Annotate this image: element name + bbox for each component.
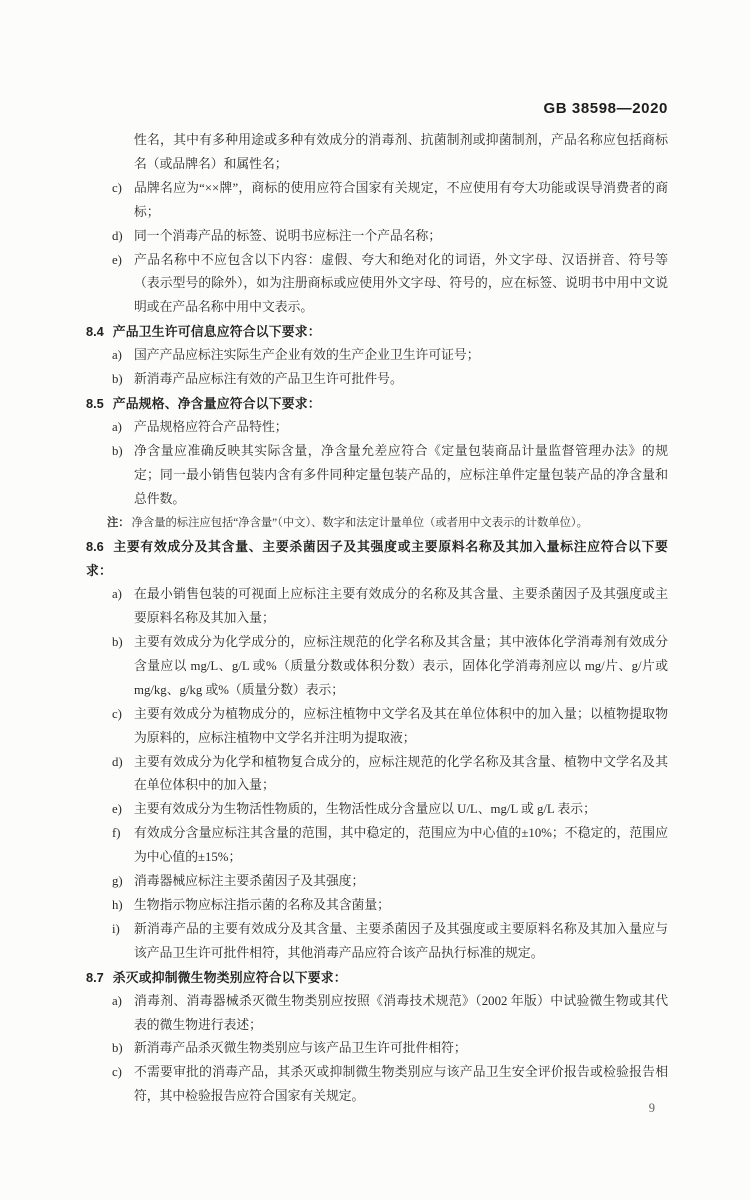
clause-title: 产品规格、净含量应符合以下要求： xyxy=(113,396,321,411)
list-item-text: 主要有效成分为生物活性物质的，生物活性成分含量应以 U/L、mg/L 或 g/L… xyxy=(134,798,668,822)
list-item-label: a) xyxy=(112,990,134,1038)
list-item-label: e) xyxy=(112,249,134,321)
document-page: GB 38598—2020 性名，其中有多种用途或多种有效成分的消毒剂、抗菌制剂… xyxy=(0,0,750,1200)
list-item-c: c)不需要审批的消毒产品，其杀灭或抑制微生物类别应与该产品卫生安全评价报告或检验… xyxy=(112,1061,668,1109)
list-item-label: a) xyxy=(112,416,134,440)
list-item-i: i)新消毒产品的主要有效成分及其含量、主要杀菌因子及其强度或主要原料名称及其加入… xyxy=(112,918,668,966)
list-item-label: d) xyxy=(112,751,134,799)
list-item-g: g)消毒器械应标注主要杀菌因子及其强度； xyxy=(112,870,668,894)
list-item-d: d)主要有效成分为化学和植物复合成分的，应标注规范的化学名称及其含量、植物中文学… xyxy=(112,751,668,799)
note-label: 注： xyxy=(107,517,130,529)
list-item-label: e) xyxy=(112,798,134,822)
list-item-text: 新消毒产品杀灭微生物类别应与该产品卫生许可批件相符； xyxy=(134,1037,668,1061)
clause-title: 主要有效成分及其含量、主要杀菌因子及其强度或主要原料名称及其加入量标注应符合以下… xyxy=(86,539,668,578)
clause-number: 8.7 xyxy=(86,966,104,990)
list-item-label: b) xyxy=(112,368,134,392)
clause-8.6: 8.6主要有效成分及其含量、主要杀菌因子及其强度或主要原料名称及其加入量标注应符… xyxy=(86,535,668,583)
clause-8.5: 8.5产品规格、净含量应符合以下要求： xyxy=(86,392,668,416)
list-item-f: f)有效成分含量应标注其含量的范围，其中稳定的，范围应为中心值的±10%；不稳定… xyxy=(112,822,668,870)
list-item-text: 品牌名应为“××牌”，商标的使用应符合国家有关规定，不应使用有夸大功能或误导消费… xyxy=(134,177,668,225)
clause-title: 产品卫生许可信息应符合以下要求： xyxy=(113,324,321,339)
list-item-text: 生物指示物应标注指示菌的名称及其含菌量； xyxy=(134,894,668,918)
list-item-text: 产品规格应符合产品特性； xyxy=(134,416,668,440)
list-item-text: 消毒剂、消毒器械杀灭微生物类别应按照《消毒技术规范》（2002 年版）中试验微生… xyxy=(134,990,668,1038)
clause-number: 8.5 xyxy=(86,392,104,416)
list-item-a: a)国产产品应标注实际生产企业有效的生产企业卫生许可证号； xyxy=(112,344,668,368)
list-item-e: e)主要有效成分为生物活性物质的，生物活性成分含量应以 U/L、mg/L 或 g… xyxy=(112,798,668,822)
list-item-d: d)同一个消毒产品的标签、说明书应标注一个产品名称； xyxy=(112,225,668,249)
list-item-label: b) xyxy=(112,631,134,703)
page-number: 9 xyxy=(649,1101,655,1116)
clause-number: 8.6 xyxy=(86,535,104,559)
list-item-b: b)净含量应准确反映其实际含量，净含量允差应符合《定量包装商品计量监督管理办法》… xyxy=(112,440,668,512)
clause-number: 8.4 xyxy=(86,320,104,344)
list-item-c: c)品牌名应为“××牌”，商标的使用应符合国家有关规定，不应使用有夸大功能或误导… xyxy=(112,177,668,225)
list-item-b: b)主要有效成分为化学成分的，应标注规范的化学名称及其含量；其中液体化学消毒剂有… xyxy=(112,631,668,703)
list-item-text: 产品名称中不应包含以下内容：虚假、夸大和绝对化的词语，外文字母、汉语拼音、符号等… xyxy=(134,249,668,321)
clause-8.7: 8.7杀灭或抑制微生物类别应符合以下要求： xyxy=(86,966,668,990)
clause-title: 杀灭或抑制微生物类别应符合以下要求： xyxy=(113,970,347,985)
list-item-a: a)消毒剂、消毒器械杀灭微生物类别应按照《消毒技术规范》（2002 年版）中试验… xyxy=(112,990,668,1038)
list-item-b: b)新消毒产品应标注有效的产品卫生许可批件号。 xyxy=(112,368,668,392)
list-item-label: a) xyxy=(112,344,134,368)
list-item-text: 消毒器械应标注主要杀菌因子及其强度； xyxy=(134,870,668,894)
list-item-text: 主要有效成分为化学和植物复合成分的，应标注规范的化学名称及其含量、植物中文学名及… xyxy=(134,751,668,799)
list-item-label: d) xyxy=(112,225,134,249)
list-item-label: h) xyxy=(112,894,134,918)
list-item-label: g) xyxy=(112,870,134,894)
list-item-label: c) xyxy=(112,1061,134,1109)
list-item-text: 不需要审批的消毒产品，其杀灭或抑制微生物类别应与该产品卫生安全评价报告或检验报告… xyxy=(134,1061,668,1109)
note-text: 净含量的标注应包括“净含量”（中文）、数字和法定计量单位（或者用中文表示的计数单… xyxy=(132,517,588,529)
list-item-text: 新消毒产品的主要有效成分及其含量、主要杀菌因子及其强度或主要原料名称及其加入量应… xyxy=(134,918,668,966)
list-item-text: 国产产品应标注实际生产企业有效的生产企业卫生许可证号； xyxy=(134,344,668,368)
list-item-c: c)主要有效成分为植物成分的，应标注植物中文学名及其在单位体积中的加入量；以植物… xyxy=(112,703,668,751)
list-item-label: b) xyxy=(112,440,134,512)
list-item-text: 净含量应准确反映其实际含量，净含量允差应符合《定量包装商品计量监督管理办法》的规… xyxy=(134,440,668,512)
document-body: 性名，其中有多种用途或多种有效成分的消毒剂、抗菌制剂或抑菌制剂，产品名称应包括商… xyxy=(86,129,668,1109)
standard-number: GB 38598—2020 xyxy=(543,100,668,117)
list-item-h: h)生物指示物应标注指示菌的名称及其含菌量； xyxy=(112,894,668,918)
list-item-text: 新消毒产品应标注有效的产品卫生许可批件号。 xyxy=(134,368,668,392)
list-item-label: c) xyxy=(112,177,134,225)
list-item-label: a) xyxy=(112,583,134,631)
list-item-text: 同一个消毒产品的标签、说明书应标注一个产品名称； xyxy=(134,225,668,249)
list-item-label: f) xyxy=(112,822,134,870)
clause-8.4: 8.4产品卫生许可信息应符合以下要求： xyxy=(86,320,668,344)
list-item-e: e)产品名称中不应包含以下内容：虚假、夸大和绝对化的词语，外文字母、汉语拼音、符… xyxy=(112,249,668,321)
paragraph-continuation: 性名，其中有多种用途或多种有效成分的消毒剂、抗菌制剂或抑菌制剂，产品名称应包括商… xyxy=(134,129,668,177)
list-item-label: c) xyxy=(112,703,134,751)
list-item-a: a)产品规格应符合产品特性； xyxy=(112,416,668,440)
list-item-text: 有效成分含量应标注其含量的范围，其中稳定的，范围应为中心值的±10%；不稳定的，… xyxy=(134,822,668,870)
note-line: 注：净含量的标注应包括“净含量”（中文）、数字和法定计量单位（或者用中文表示的计… xyxy=(107,512,668,536)
list-item-a: a)在最小销售包装的可视面上应标注主要有效成分的名称及其含量、主要杀菌因子及其强… xyxy=(112,583,668,631)
list-item-b: b)新消毒产品杀灭微生物类别应与该产品卫生许可批件相符； xyxy=(112,1037,668,1061)
list-item-text: 在最小销售包装的可视面上应标注主要有效成分的名称及其含量、主要杀菌因子及其强度或… xyxy=(134,583,668,631)
list-item-label: i) xyxy=(112,918,134,966)
list-item-text: 主要有效成分为植物成分的，应标注植物中文学名及其在单位体积中的加入量；以植物提取… xyxy=(134,703,668,751)
list-item-text: 主要有效成分为化学成分的，应标注规范的化学名称及其含量；其中液体化学消毒剂有效成… xyxy=(134,631,668,703)
list-item-label: b) xyxy=(112,1037,134,1061)
